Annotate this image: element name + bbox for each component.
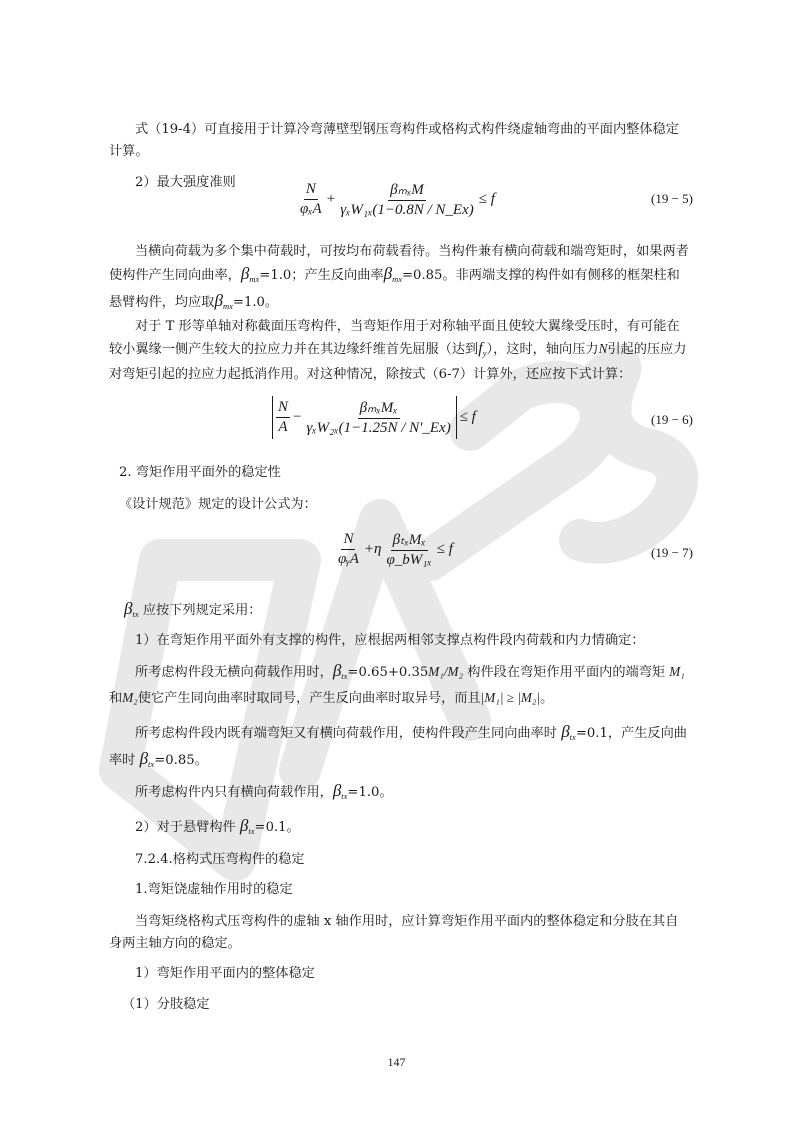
paragraph-lateral-only: 所考虑构件内只有横向荷载作用，βtx=1.0。 xyxy=(109,780,691,807)
numerator: N xyxy=(276,399,290,418)
denominator: φᵧA xyxy=(336,550,361,568)
equation-number: (19 − 7) xyxy=(651,545,693,561)
inequality-rhs: ≤ f xyxy=(460,409,476,426)
list-item-cantilever: 2）对于悬臂构件 βtx=0.1。 xyxy=(109,815,691,842)
paragraph-t-section: 对于 T 形等单轴对称截面压弯构件，当弯矩作用于对称轴平面且使较大翼缘受压时，有… xyxy=(109,316,691,386)
numerator: βₘₓM xyxy=(388,180,426,201)
denominator: γₓW₁ₓ(1−0.8N / N_Ex) xyxy=(338,201,476,219)
paragraph-lateral-loads: 当横向荷载为多个集中荷载时，可按均布荷载看待。当构件兼有横向荷载和端弯矩时，如果… xyxy=(109,241,691,317)
paragraph-beta-tx-rule: βtx 应按下列规定采用： xyxy=(124,598,706,625)
paragraph-design-code: 《设计规范》规定的设计公式为： xyxy=(119,494,701,516)
fraction-beta-m: βₘₓM γₓW₁ₓ(1−0.8N / N_Ex) xyxy=(338,180,476,219)
fraction-beta-tx: βₜₓMₓ φ_bW₁ₓ xyxy=(385,530,434,569)
fraction-beta-mx: βₘₓMₓ γₓW₂ₓ(1−1.25N / N'_Ex) xyxy=(304,398,452,437)
fraction-n-over-phiA: N φₓA xyxy=(298,181,324,218)
section-heading-7-2-4: 7.2.4.格构式压弯构件的稳定 xyxy=(109,849,691,871)
document-page: 式（19-4）可直接用于计算冷弯薄壁型钢压弯构件或格构式构件绕虚轴弯曲的平面内整… xyxy=(0,0,793,1122)
numerator: βₘₓMₓ xyxy=(358,398,400,419)
fraction-n-over-phiyA: N φᵧA xyxy=(336,531,361,568)
equation-19-7: N φᵧA +η βₜₓMₓ φ_bW₁ₓ ≤ f xyxy=(336,530,453,569)
heading-out-of-plane: 2. 弯矩作用平面外的稳定性 xyxy=(119,462,701,484)
heading-in-plane-stability: 1）弯矩作用平面内的整体稳定 xyxy=(109,963,691,985)
heading-virtual-axis: 1.弯矩饶虚轴作用时的稳定 xyxy=(109,879,691,901)
paragraph-virtual-axis: 当弯矩绕格构式压弯构件的虚轴 x 轴作用时，应计算弯矩作用平面内的整体稳定和分肢… xyxy=(109,911,691,955)
fraction-n-over-a: N A xyxy=(276,399,290,436)
denominator: φₓA xyxy=(298,200,324,218)
equation-19-6: N A − βₘₓMₓ γₓW₂ₓ(1−1.25N / N'_Ex) ≤ f xyxy=(272,396,476,439)
page-number: 147 xyxy=(0,1055,793,1070)
paragraph-eq19-4: 式（19-4）可直接用于计算冷弯薄壁型钢压弯构件或格构式构件绕虚轴弯曲的平面内整… xyxy=(109,119,691,163)
equation-number: (19 − 5) xyxy=(651,191,693,207)
denominator: A xyxy=(276,418,289,436)
equation-19-5: N φₓA + βₘₓM γₓW₁ₓ(1−0.8N / N_Ex) ≤ f xyxy=(298,180,495,219)
inequality-rhs: ≤ f xyxy=(437,541,453,558)
numerator: N xyxy=(341,531,355,550)
numerator: N xyxy=(304,181,318,200)
numerator: βₜₓMₓ xyxy=(391,530,428,551)
operator: − xyxy=(293,409,301,426)
denominator: γₓW₂ₓ(1−1.25N / N'_Ex) xyxy=(304,419,452,437)
paragraph-no-lateral-load: 所考虑构件段无横向荷载作用时，βtx=0.65+0.35M₁/M₂ 构件段在弯矩… xyxy=(109,660,691,710)
operator: +η xyxy=(364,541,382,558)
equation-number: (19 − 6) xyxy=(651,412,693,428)
absolute-value: N A − βₘₓMₓ γₓW₂ₓ(1−1.25N / N'_Ex) xyxy=(272,396,457,439)
inequality-rhs: ≤ f xyxy=(479,191,495,208)
list-item-braced: 1）在弯矩作用平面外有支撑的构件，应根据两相邻支撑点构件段内荷载和内力情确定： xyxy=(109,630,691,652)
operator: + xyxy=(327,191,335,208)
heading-branch-stability: （1）分肢稳定 xyxy=(122,994,704,1016)
paragraph-end-moment-and-lateral: 所考虑构件段内既有端弯矩又有横向荷载作用，使构件段产生同向曲率时 βtx=0.1… xyxy=(109,721,691,775)
denominator: φ_bW₁ₓ xyxy=(385,551,434,569)
